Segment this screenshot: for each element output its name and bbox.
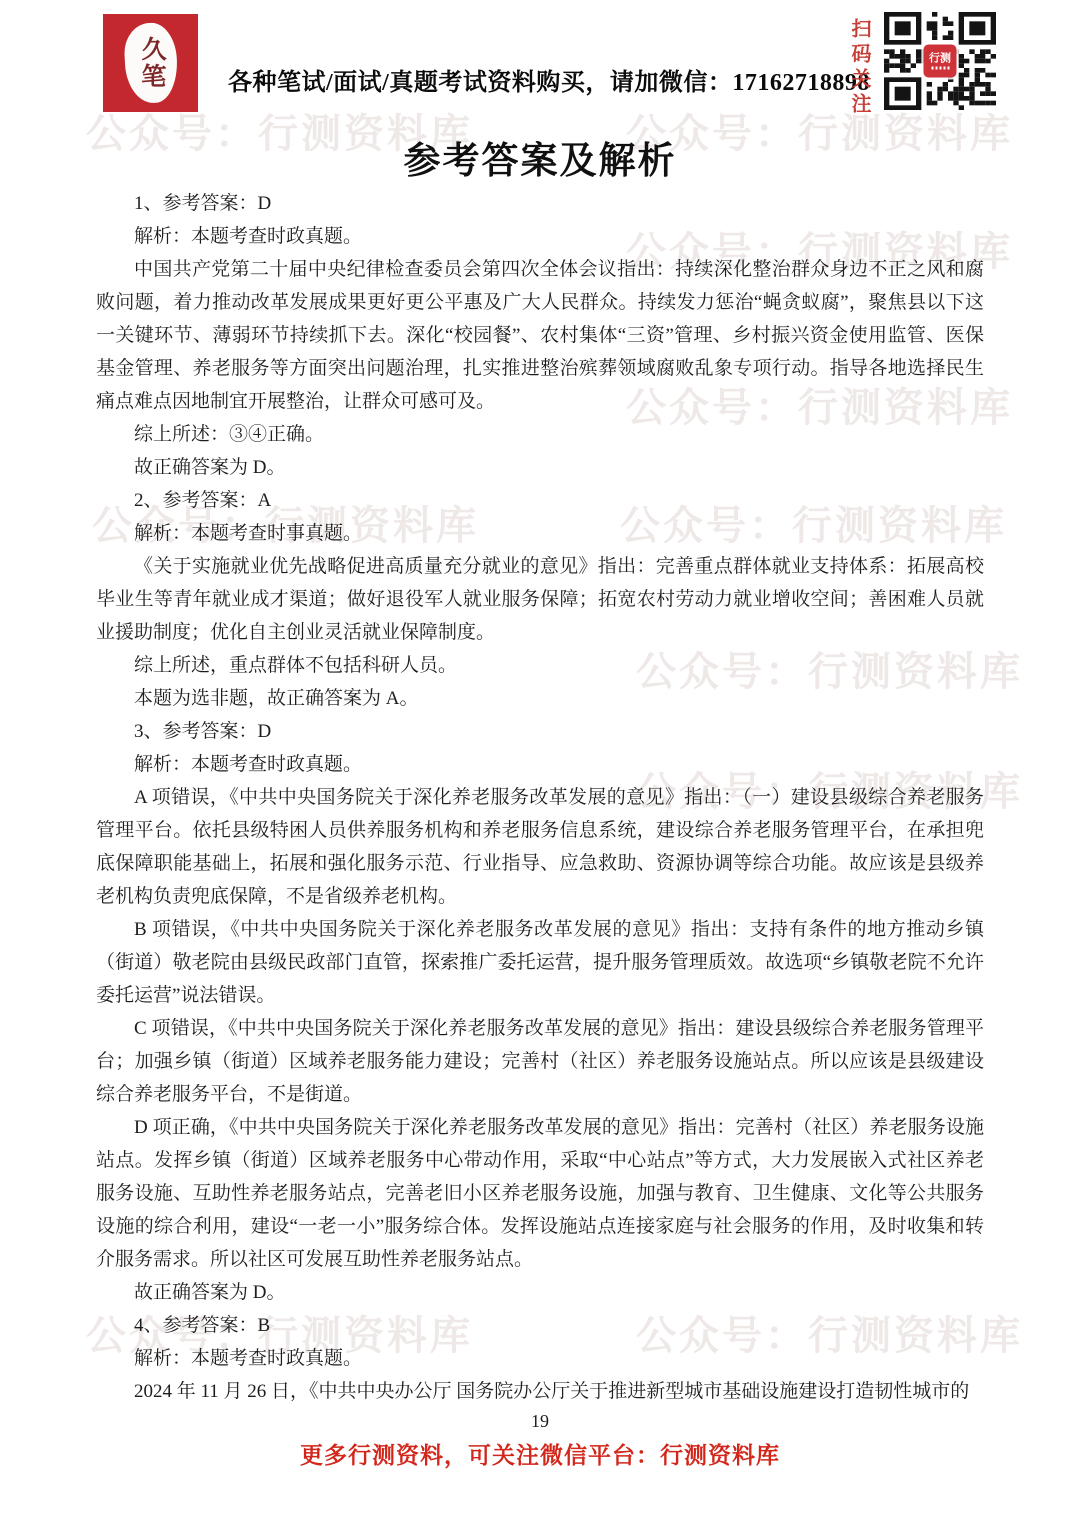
qr-badge-decoration <box>931 67 949 70</box>
brand-logo-text: 久笔 <box>138 36 164 90</box>
paragraph: 3、参考答案：D <box>96 715 984 748</box>
qr-badge-label: 行测 <box>929 53 951 65</box>
answer-explanations: 1、参考答案：D解析：本题考查时政真题。中国共产党第二十届中央纪律检查委员会第四… <box>96 187 984 1408</box>
paragraph: 解析：本题考查时政真题。 <box>96 220 984 253</box>
paragraph: 解析：本题考查时政真题。 <box>96 1342 984 1375</box>
paragraph: 综上所述：③④正确。 <box>96 418 984 451</box>
paragraph: 2024 年 11 月 26 日，《中共中央办公厅 国务院办公厅关于推进新型城市… <box>96 1375 984 1408</box>
scan-follow-label: 扫码关注 <box>845 18 874 118</box>
paragraph: 4、参考答案：B <box>96 1309 984 1342</box>
paragraph: 故正确答案为 D。 <box>96 1276 984 1309</box>
paragraph: B 项错误，《中共中央国务院关于深化养老服务改革发展的意见》指出：支持有条件的地… <box>96 913 984 1012</box>
page-number: 19 <box>0 1411 1080 1432</box>
header-promo-text: 各种笔试/面试/真题考试资料购买，请加微信：17162718898 <box>228 62 870 97</box>
paragraph: 故正确答案为 D。 <box>96 451 984 484</box>
paragraph: 1、参考答案：D <box>96 187 984 220</box>
paragraph: D 项正确，《中共中央国务院关于深化养老服务改革发展的意见》指出：完善村（社区）… <box>96 1111 984 1276</box>
page-title: 参考答案及解析 <box>0 130 1080 184</box>
brand-logo: 久笔 <box>103 14 198 112</box>
brand-logo-stone-shape: 久笔 <box>122 22 178 105</box>
paragraph: A 项错误，《中共中央国务院关于深化养老服务改革发展的意见》指出：（一）建设县级… <box>96 781 984 913</box>
document-page: { "header": { "logo_text": "久笔", "promo"… <box>0 0 1080 1527</box>
footer-note: 更多行测资料，可关注微信平台：行测资料库 <box>0 1437 1080 1470</box>
paragraph: 解析：本题考查时政真题。 <box>96 748 984 781</box>
paragraph: 综上所述，重点群体不包括科研人员。 <box>96 649 984 682</box>
paragraph: C 项错误，《中共中央国务院关于深化养老服务改革发展的意见》指出：建设县级综合养… <box>96 1012 984 1111</box>
qr-code: 行测 <box>884 12 996 110</box>
paragraph: 2、参考答案：A <box>96 484 984 517</box>
paragraph: 本题为选非题，故正确答案为 A。 <box>96 682 984 715</box>
qr-center-badge: 行测 <box>924 45 957 78</box>
paragraph: 《关于实施就业优先战略促进高质量充分就业的意见》指出：完善重点群体就业支持体系：… <box>96 550 984 649</box>
paragraph: 解析：本题考查时事真题。 <box>96 517 984 550</box>
paragraph: 中国共产党第二十届中央纪律检查委员会第四次全体会议指出：持续深化整治群众身边不正… <box>96 253 984 418</box>
